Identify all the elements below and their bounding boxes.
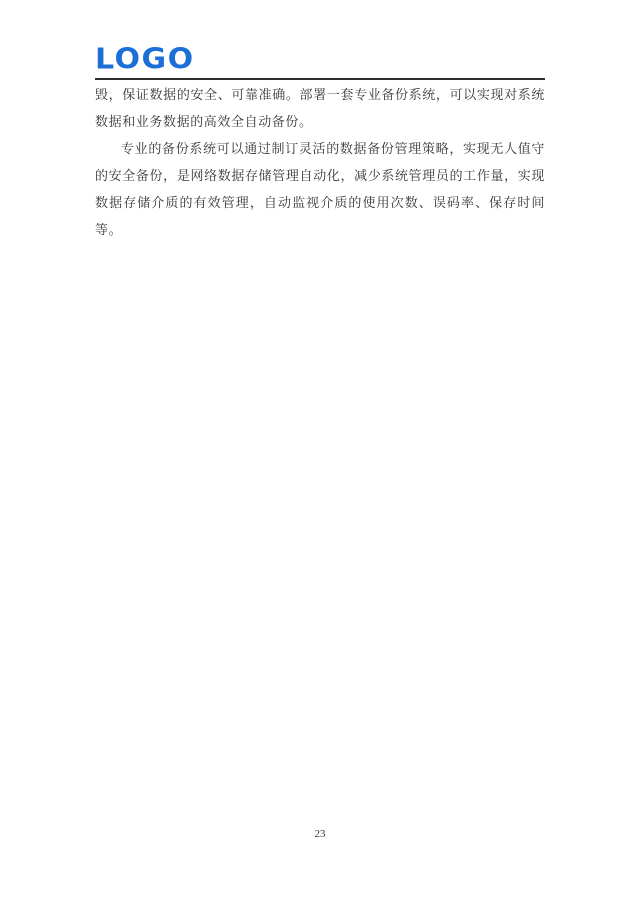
body-paragraph: 毁，保证数据的安全、可靠准确。部署一套专业备份系统，可以实现对系统数据和业务数据… <box>95 81 545 135</box>
document-page: LOGO 毁，保证数据的安全、可靠准确。部署一套专业备份系统，可以实现对系统数据… <box>0 0 640 906</box>
document-body: 毁，保证数据的安全、可靠准确。部署一套专业备份系统，可以实现对系统数据和业务数据… <box>95 81 545 243</box>
page-footer: 23 <box>0 824 640 842</box>
body-paragraph: 专业的备份系统可以通过制订灵活的数据备份管理策略，实现无人值守的安全备份，是网络… <box>95 135 545 243</box>
logo: LOGO <box>95 46 545 75</box>
page-header: LOGO <box>95 44 545 80</box>
page-number: 23 <box>315 828 326 840</box>
